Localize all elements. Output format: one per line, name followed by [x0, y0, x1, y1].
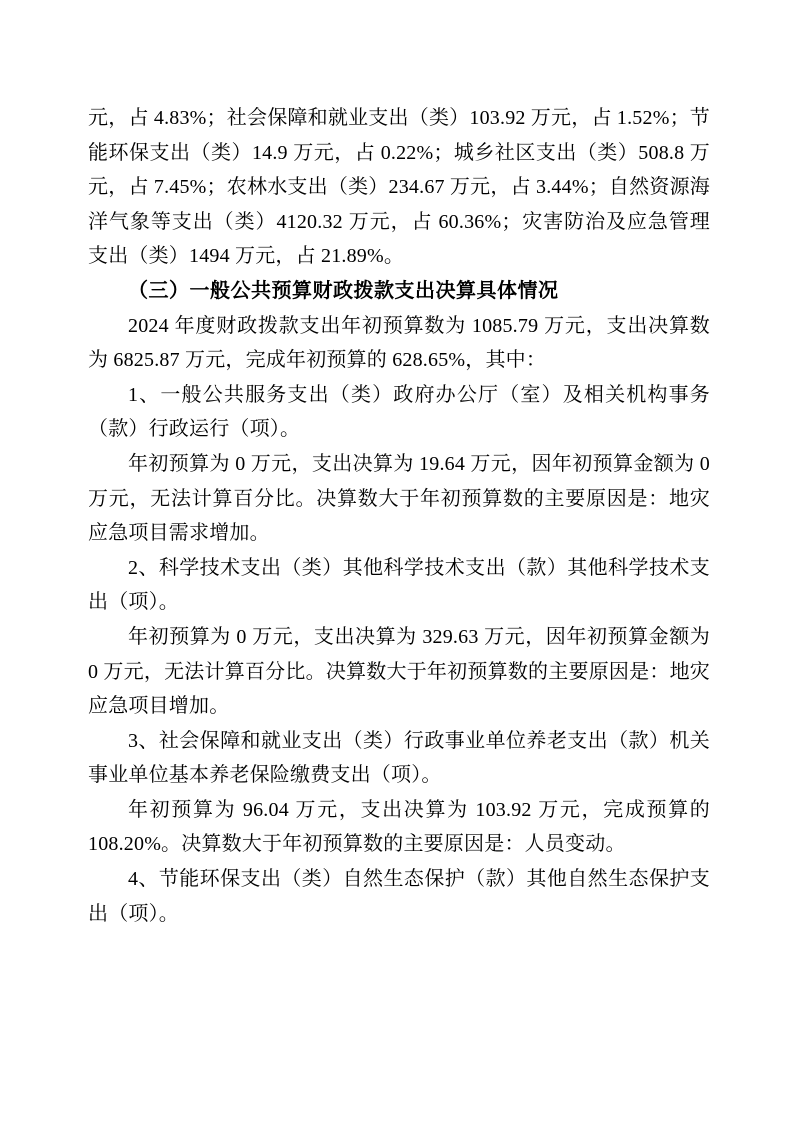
paragraph: 元，占 4.83%；社会保障和就业支出（类）103.92 万元，占 1.52%；…: [88, 101, 710, 274]
text-block: 元，占 4.83%；社会保障和就业支出（类）103.92 万元，占 1.52%；…: [88, 101, 710, 931]
paragraph: 年初预算为 0 万元，支出决算为 329.63 万元，因年初预算金额为 0 万元…: [88, 620, 710, 724]
paragraph: 3、社会保障和就业支出（类）行政事业单位养老支出（款）机关事业单位基本养老保险缴…: [88, 724, 710, 793]
paragraph: 2、科学技术支出（类）其他科学技术支出（款）其他科学技术支出（项）。: [88, 551, 710, 620]
paragraph: 年初预算为 96.04 万元，支出决算为 103.92 万元，完成预算的 108…: [88, 793, 710, 862]
paragraph: 1、一般公共服务支出（类）政府办公厅（室）及相关机构事务（款）行政运行（项）。: [88, 378, 710, 447]
section-heading: （三）一般公共预算财政拨款支出决算具体情况: [88, 274, 710, 309]
paragraph: 2024 年度财政拨款支出年初预算数为 1085.79 万元，支出决算数为 68…: [88, 309, 710, 378]
paragraph: 4、节能环保支出（类）自然生态保护（款）其他自然生态保护支出（项）。: [88, 862, 710, 931]
paragraph: 年初预算为 0 万元，支出决算为 19.64 万元，因年初预算金额为 0 万元，…: [88, 447, 710, 551]
document-page: 元，占 4.83%；社会保障和就业支出（类）103.92 万元，占 1.52%；…: [0, 0, 793, 1122]
